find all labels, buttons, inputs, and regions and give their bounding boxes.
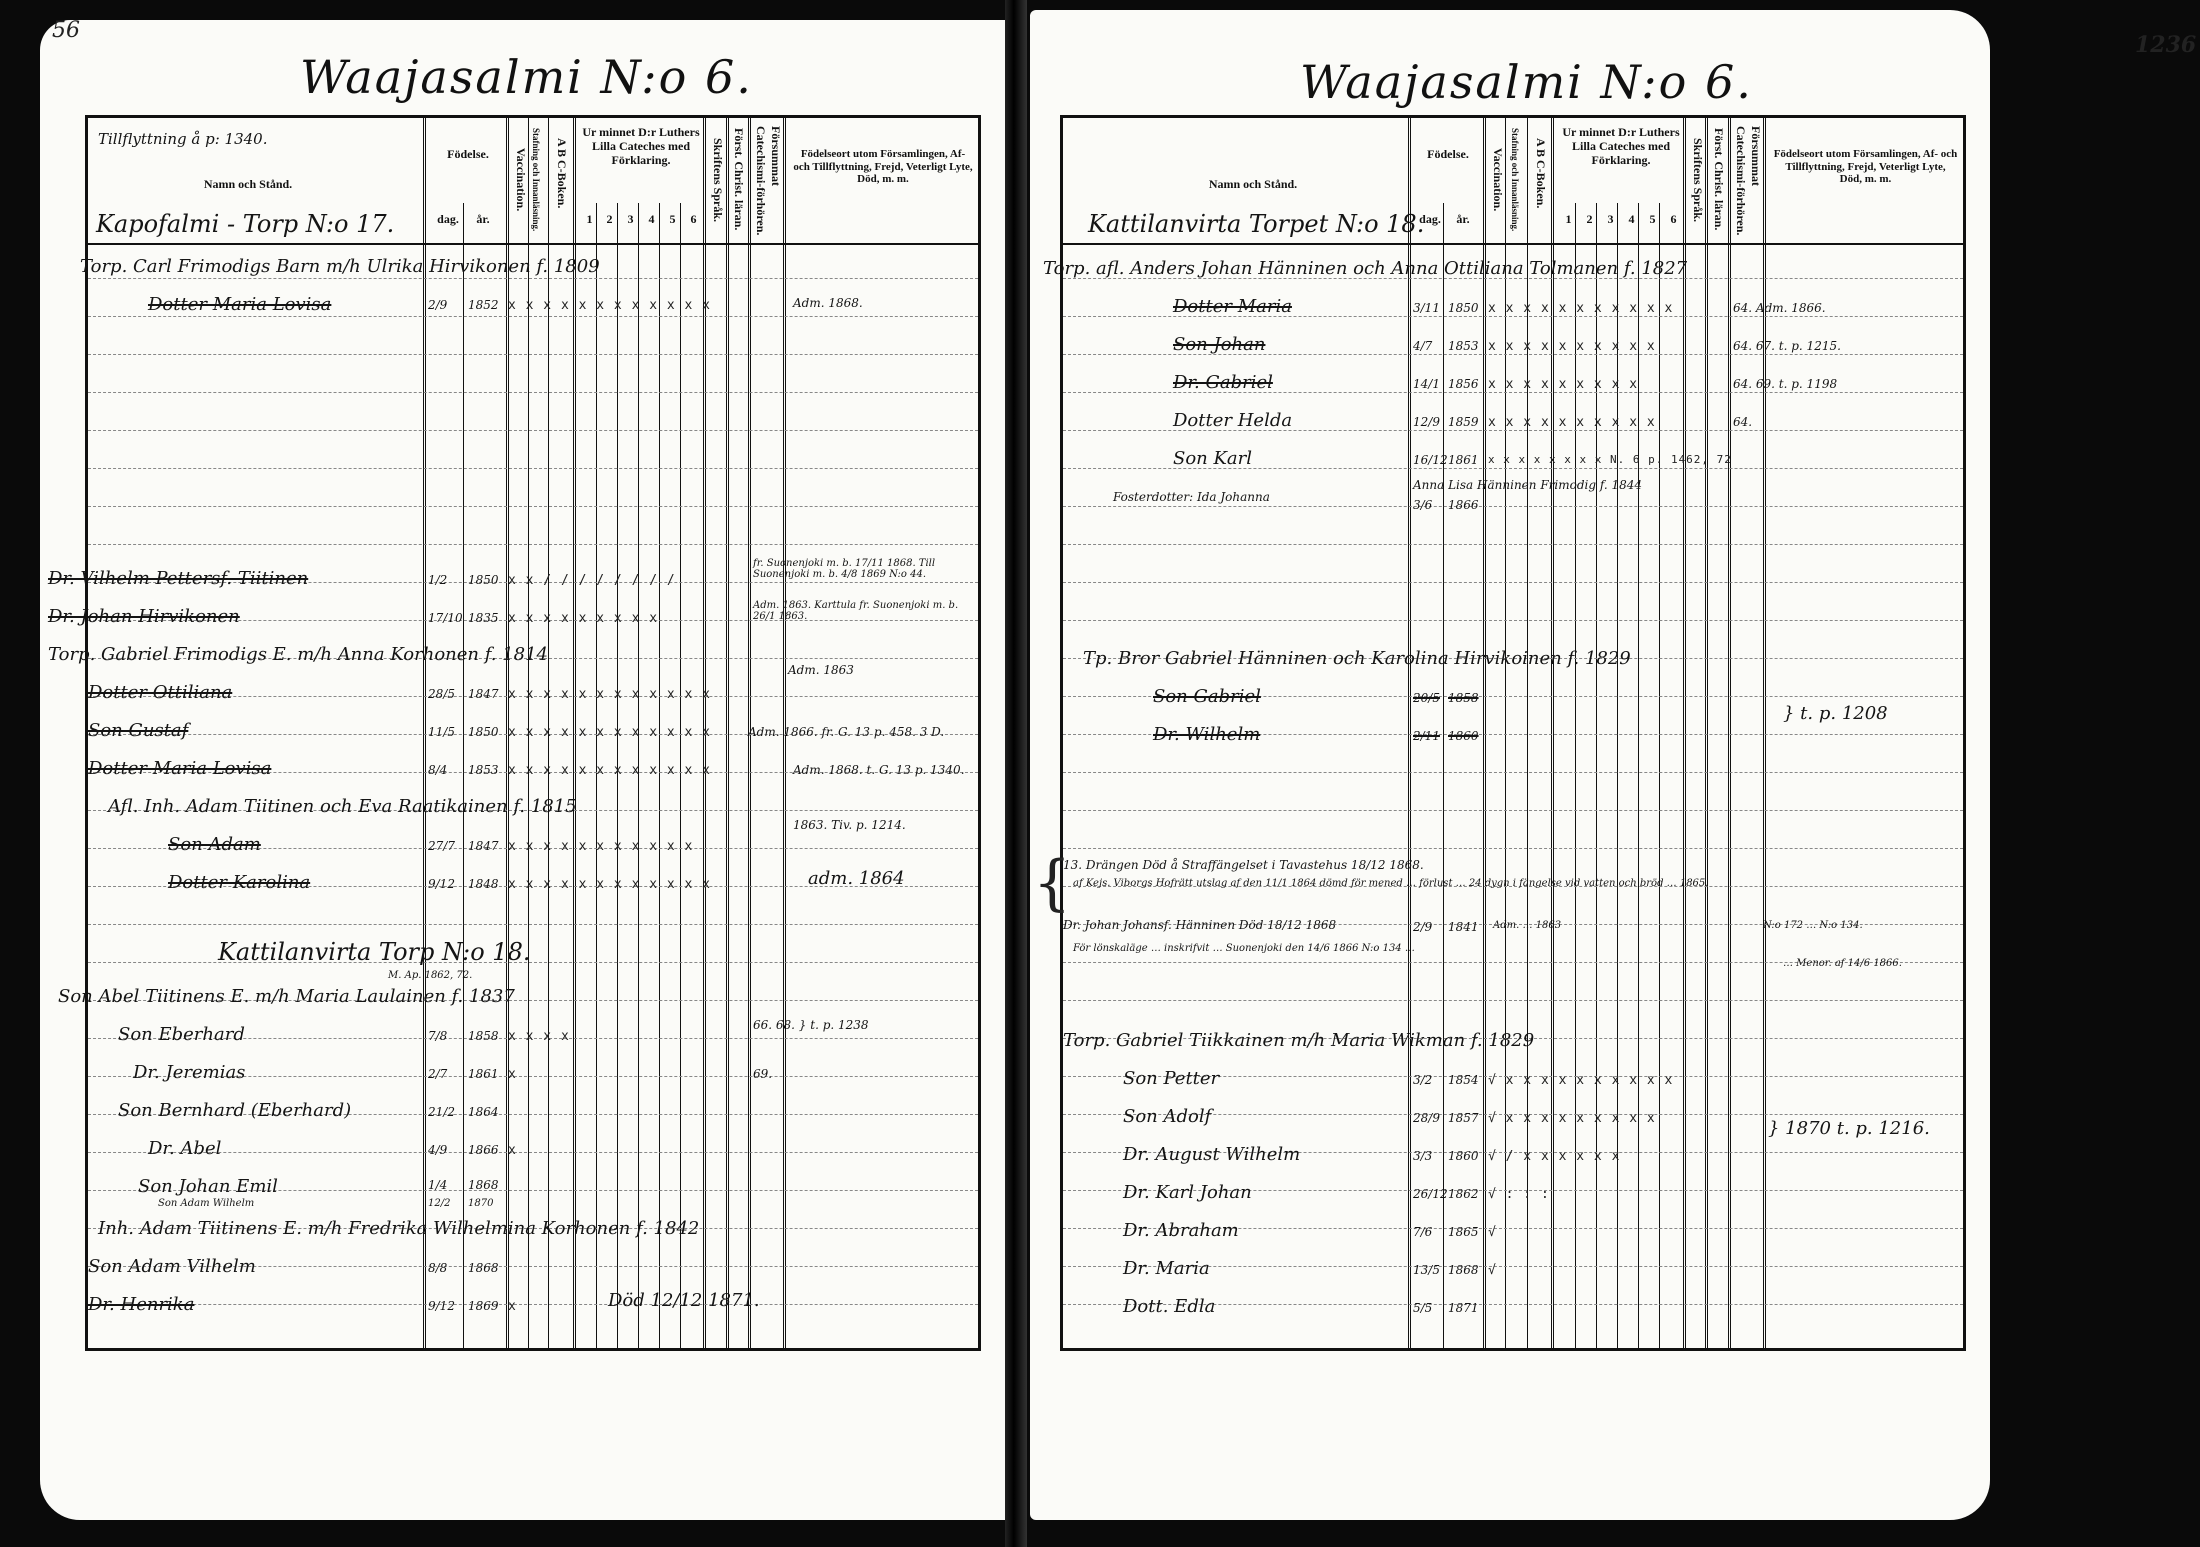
entry-day: 11/5 (428, 725, 455, 739)
entry-year: 1859 (1448, 415, 1479, 429)
left-ledger-table: Tillflyttning å p: 1340. Namn och Stånd.… (85, 115, 981, 1351)
left-margin-note: Tillflyttning å p: 1340. (98, 130, 268, 148)
right-ledger-table: Namn och Stånd. Födelse. dag. år. Vaccin… (1060, 115, 1966, 1351)
entry-name: Dr. Johan Hirvikonen (48, 606, 240, 627)
entry-year: 1853 (468, 763, 499, 777)
entry-marks: x x x x x x x x x x x x (508, 298, 711, 313)
header-abc: A B C-Boken. (1533, 138, 1548, 238)
entry-marks: x (508, 1067, 517, 1082)
entry-year: 1871 (1448, 1301, 1479, 1315)
entry-name: Son Petter (1123, 1068, 1219, 1089)
entry-day: 7/8 (428, 1029, 447, 1043)
entry-year: 1852 (468, 298, 499, 312)
entry-marks: x x x x x x x x x x x (1488, 301, 1673, 316)
entry-note: Adm. 1863. Karttula fr. Suonenjoki m. b.… (753, 600, 973, 622)
entry-day: 3/11 (1413, 301, 1440, 315)
cat-col-5: 5 (665, 213, 680, 227)
header-birth-day: dag. (433, 213, 463, 227)
entry-year: 1850 (1448, 301, 1479, 315)
header-missed: Försummat Catechismi-förhören. (753, 126, 783, 241)
header-vaccination: Vaccination. (1490, 148, 1505, 238)
entry-day: 3/6 (1413, 498, 1432, 512)
entry-note: af Kejs. Viborgs Hofrätt utslag af den 1… (1073, 878, 1943, 889)
header-catechism: Ur minnet D:r Luthers Lilla Cateches med… (576, 126, 706, 167)
header-reading: Stafning och Innanläsning. (531, 128, 541, 238)
entry-year: 1860 (1448, 729, 1479, 743)
entry-year: 1850 (468, 725, 499, 739)
entry-name: Torp. Gabriel Frimodigs E. m/h Anna Korh… (48, 644, 548, 665)
entry-year: 1854 (1448, 1073, 1479, 1087)
entry-day: 1/4 (428, 1178, 447, 1192)
entry-year: 1858 (468, 1029, 499, 1043)
entry-marks: x x x x x x x x x x (1488, 339, 1656, 354)
right-table-header: Namn och Stånd. Födelse. dag. år. Vaccin… (1063, 118, 1963, 245)
entry-day: 8/4 (428, 763, 447, 777)
header-scripture: Skriftens Språk. (1690, 138, 1705, 238)
entry-year: 1858 (1448, 691, 1479, 705)
entry-day: 3/3 (1413, 1149, 1432, 1163)
cat-col-1: 1 (1561, 213, 1576, 227)
entry-name: Dr. Gabriel (1173, 372, 1273, 393)
entry-name: Dr. Maria (1123, 1258, 1210, 1279)
entry-note: Adm. 1866. fr. G. 13 p. 458. 3 D. (748, 725, 944, 739)
cat-col-6: 6 (1666, 213, 1681, 227)
entry-name: Son Johan (1173, 334, 1265, 355)
entry-name: Afl. Inh. Adam Tiitinen och Eva Raatikai… (108, 796, 577, 817)
entry-name: Son Gabriel (1153, 686, 1261, 707)
entry-name: Dr. Henrika (88, 1294, 194, 1315)
entry-day: 12/9 (1413, 415, 1440, 429)
entry-name: Dr. Karl Johan (1123, 1182, 1252, 1203)
entry-year: 1861 (1448, 453, 1479, 467)
entry-day: 17/10 (428, 611, 463, 625)
entry-note: adm. 1864 (808, 868, 905, 889)
entry-name: Dr. Jeremias (133, 1062, 245, 1083)
entry-year: 1835 (468, 611, 499, 625)
entry-name: Son Karl (1173, 448, 1252, 469)
entry-day: 16/12 (1413, 453, 1448, 467)
entry-name: Torp. Carl Frimodigs Barn m/h Ulrika Hir… (80, 256, 600, 277)
entry-note: } t. p. 1208 (1783, 703, 1888, 724)
entry-year: 1847 (468, 839, 499, 853)
entry-marks: Anna Lisa Hänninen Frimodig f. 1844 (1413, 478, 1642, 492)
cat-col-4: 4 (644, 213, 659, 227)
header-christ: Först. Christ. läran. (1711, 128, 1726, 238)
entry-marks: x x x x x x x x x x x x (508, 687, 711, 702)
entry-name: Dr. Johan Johansf. Hänninen Död 18/12 18… (1063, 918, 1336, 932)
entry-name: Inh. Adam Tiitinens E. m/h Fredrika Wilh… (98, 1218, 699, 1239)
header-reading: Stafning och Innanläsning. (1510, 128, 1520, 238)
header-name-col: Namn och Stånd. (1143, 178, 1363, 192)
entry-name: Son Johan Emil (138, 1176, 278, 1197)
entry-year: 1847 (468, 687, 499, 701)
entry-marks: M. Ap. 1862, 72. (388, 970, 472, 981)
cat-col-3: 3 (623, 213, 638, 227)
entry-marks: x x x x (508, 1029, 570, 1044)
header-name-col: Namn och Stånd. (148, 178, 348, 192)
entry-note: 64. 69. t. p. 1198 (1733, 377, 1837, 391)
entry-year: 1868 (1448, 1263, 1479, 1277)
entry-note: 66. 68. } t. p. 1238 (753, 1018, 869, 1032)
header-birth-year: år. (1448, 213, 1478, 227)
entry-name: Son Adam (168, 834, 261, 855)
entry-note: N:o 172 … N:o 134. (1763, 920, 1863, 931)
entry-marks: x x x x x x x x x x x x (508, 725, 711, 740)
entry-year: 1866 (1448, 498, 1479, 512)
entry-marks: x x x x x x x x x x (1488, 415, 1656, 430)
book-gutter (1005, 0, 1027, 1547)
entry-day: 4/9 (428, 1143, 447, 1157)
entry-note: } 1870 t. p. 1216. (1768, 1118, 1930, 1139)
right-page-title: Waajasalmi N:o 6. (1300, 55, 1753, 109)
section-heading: Kattilanvirta Torp N:o 18. (218, 938, 530, 966)
entry-marks: x (508, 1299, 517, 1314)
header-scripture: Skriftens Språk. (710, 138, 725, 238)
header-birth-year: år. (468, 213, 498, 227)
header-notes: Födelseort utom Församlingen, Af- och Ti… (793, 148, 973, 186)
entry-note: 64. 67. t. p. 1215. (1733, 339, 1841, 353)
entry-note: 69. (753, 1067, 772, 1081)
entry-day: 20/5 (1413, 691, 1440, 705)
entry-day: 12/2 (428, 1198, 450, 1209)
entry-name: Son Adam Vilhelm (88, 1256, 256, 1277)
entry-note: fr. Suonenjoki m. b. 17/11 1868. Till Su… (753, 558, 973, 580)
entry-day: 2/9 (428, 298, 447, 312)
entry-name: Dotter Helda (1173, 410, 1292, 431)
header-birth: Födelse. (1413, 148, 1483, 162)
cat-col-1: 1 (582, 213, 597, 227)
entry-year: 1869 (468, 1299, 499, 1313)
entry-name: Torp. Gabriel Tiikkainen m/h Maria Wikma… (1063, 1030, 1534, 1051)
entry-name: Son Adolf (1123, 1106, 1211, 1127)
cat-col-6: 6 (686, 213, 701, 227)
cat-col-4: 4 (1624, 213, 1639, 227)
left-table-header: Tillflyttning å p: 1340. Namn och Stånd.… (88, 118, 978, 245)
entry-year: 1861 (468, 1067, 499, 1081)
entry-name: Torp. afl. Anders Johan Hänninen och Ann… (1043, 258, 1687, 279)
entry-marks: √ / x x x x x x (1488, 1149, 1620, 1164)
entry-day: 28/9 (1413, 1111, 1440, 1125)
entry-year: 1850 (468, 573, 499, 587)
header-notes: Födelseort utom Församlingen, Af- och Ti… (1773, 148, 1958, 186)
entry-marks: x (508, 1143, 517, 1158)
entry-day: 4/7 (1413, 339, 1432, 353)
cat-col-2: 2 (1582, 213, 1597, 227)
entry-year: 1866 (468, 1143, 499, 1157)
entry-day: 5/5 (1413, 1301, 1432, 1315)
entry-day: 21/2 (428, 1105, 455, 1119)
entry-year: 1870 (468, 1198, 493, 1209)
entry-marks: √ (1488, 1263, 1497, 1278)
left-page-number: 56 (52, 18, 80, 43)
entry-note: Adm. 1863 (788, 663, 854, 677)
entry-day: 3/2 (1413, 1073, 1432, 1087)
entry-note: Död 12/12 1871. (608, 1290, 760, 1311)
cat-col-2: 2 (602, 213, 617, 227)
entry-name: Dotter Karolina (168, 872, 310, 893)
cat-col-3: 3 (1603, 213, 1618, 227)
entry-note: Adm. 1868. t. G. 13 p. 1340. (793, 763, 965, 777)
entry-name: Son Eberhard (118, 1024, 245, 1045)
entry-name: Fosterdotter: Ida Johanna (1113, 490, 1270, 504)
entry-marks: √ x x x x x x x x x x (1488, 1073, 1673, 1088)
left-page-title: Waajasalmi N:o 6. (300, 50, 753, 104)
entry-day: 26/12 (1413, 1187, 1448, 1201)
entry-marks: √ : : : (1488, 1187, 1550, 1202)
entry-note: 64. Adm. 1866. (1733, 301, 1826, 315)
entry-note: Adm. 1868. (793, 296, 863, 310)
entry-year: 1853 (1448, 339, 1479, 353)
entry-day: 9/12 (428, 877, 455, 891)
entry-marks: x x x x x x x x N. 6 p. 1462, 72 (1488, 453, 1732, 466)
entry-year: 1860 (1448, 1149, 1479, 1163)
entry-day: 2/7 (428, 1067, 447, 1081)
right-page-number: 1236 (2135, 32, 2196, 58)
entry-marks: x x x x x x x x x x x x (508, 877, 711, 892)
entry-year: 1856 (1448, 377, 1479, 391)
entry-day: 28/5 (428, 687, 455, 701)
section-heading: Kapofalmi - Torp N:o 17. (96, 210, 394, 238)
entry-year: 1841 (1448, 920, 1479, 934)
entry-day: 27/7 (428, 839, 455, 853)
header-missed: Försummat Catechismi-förhören. (1733, 126, 1763, 241)
entry-marks: x x x x x x x x x (508, 611, 658, 626)
entry-year: 1868 (468, 1178, 499, 1192)
header-birth: Födelse. (433, 148, 503, 162)
entry-name: Dr. Abraham (1123, 1220, 1239, 1241)
entry-marks: x x / / / / / / / / (508, 573, 676, 588)
entry-day: 13/5 (1413, 1263, 1440, 1277)
entry-marks: Adm. … 1863 (1493, 920, 1561, 931)
entry-name: Dott. Edla (1123, 1296, 1215, 1317)
entry-name: Dr. Vilhelm Pettersf. Tiitinen (48, 568, 308, 589)
entry-note: … Menor. af 14/6 1866. (1783, 958, 1902, 969)
entry-name: Son Bernhard (Eberhard) (118, 1100, 351, 1121)
entry-marks: √ (1488, 1225, 1497, 1240)
entry-name: Dotter Maria Lovisa (88, 758, 271, 779)
entry-day: 14/1 (1413, 377, 1440, 391)
entry-marks: x x x x x x x x x x x (508, 839, 693, 854)
entry-name: Dotter Ottiliana (88, 682, 232, 703)
entry-note: 64. (1733, 415, 1752, 429)
entry-name: Dotter Maria Lovisa (148, 294, 331, 315)
entry-name: Son Adam Wilhelm (158, 1198, 254, 1209)
entry-year: 1868 (468, 1261, 499, 1275)
header-vaccination: Vaccination. (513, 148, 528, 238)
entry-year: 1865 (1448, 1225, 1479, 1239)
entry-name: Dr. August Wilhelm (1123, 1144, 1300, 1165)
entry-name: Dotter Maria (1173, 296, 1292, 317)
entry-day: 2/11 (1413, 729, 1440, 743)
entry-day: 1/2 (428, 573, 447, 587)
entry-day: 8/8 (428, 1261, 447, 1275)
entry-marks: x x x x x x x x x (1488, 377, 1638, 392)
header-christ: Först. Christ. läran. (731, 128, 746, 238)
entry-year: 1857 (1448, 1111, 1479, 1125)
entry-marks: x x x x x x x x x x x x (508, 763, 711, 778)
section-heading: Kattilanvirta Torpet N:o 18. (1088, 210, 1424, 238)
entry-name: Dr. Wilhelm (1153, 724, 1260, 745)
entry-day: 7/6 (1413, 1225, 1432, 1239)
entry-name: Tp. Bror Gabriel Hänninen och Karolina H… (1083, 648, 1631, 669)
entry-name: 13. Drängen Död å Straffängelset i Tavas… (1063, 858, 1424, 872)
entry-day: 2/9 (1413, 920, 1432, 934)
entry-note: 1863. Tiv. p. 1214. (793, 818, 906, 832)
entry-year: 1848 (468, 877, 499, 891)
header-catechism: Ur minnet D:r Luthers Lilla Cateches med… (1556, 126, 1686, 167)
header-abc: A B C-Boken. (554, 138, 569, 238)
entry-day: 9/12 (428, 1299, 455, 1313)
entry-year: 1862 (1448, 1187, 1479, 1201)
entry-year: 1864 (468, 1105, 499, 1119)
entry-marks: √ x x x x x x x x x (1488, 1111, 1656, 1126)
entry-name: Son Abel Tiitinens E. m/h Maria Laulaine… (58, 986, 515, 1007)
entry-name: Dr. Abel (148, 1138, 221, 1159)
entry-name: Son Gustaf (88, 720, 188, 741)
cat-col-5: 5 (1645, 213, 1660, 227)
entry-name: För lönskaläge … inskrifvit … Suonenjoki… (1073, 943, 1415, 954)
